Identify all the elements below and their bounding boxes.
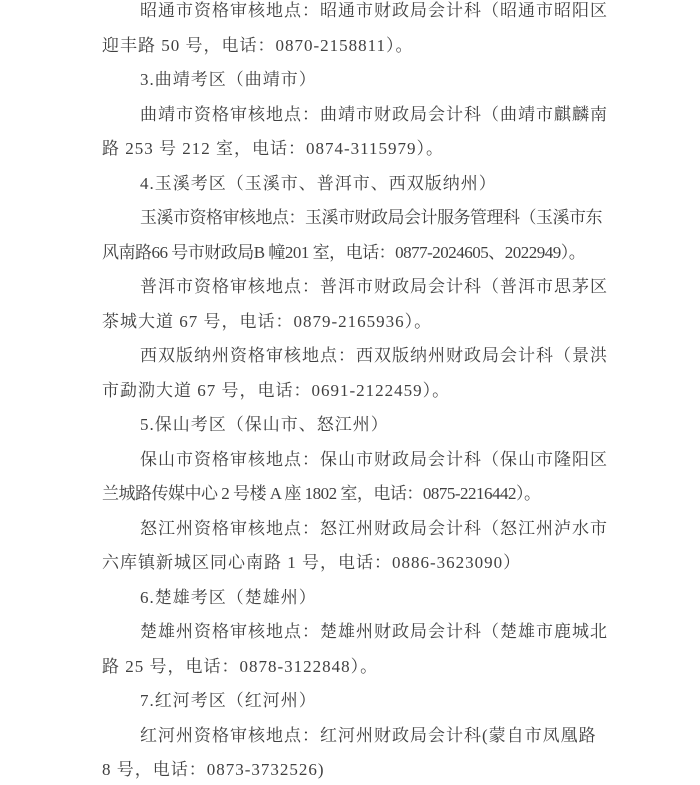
text-line: 曲靖市资格审核地点：曲靖市财政局会计科（曲靖市麒麟南 — [102, 98, 698, 133]
text-block: 昭通市资格审核地点：昭通市财政局会计科（昭通市昭阳区 迎丰路 50 号，电话：0… — [102, 0, 698, 785]
text-line: 玉溪市资格审核地点：玉溪市财政局会计服务管理科（玉溪市东 — [102, 201, 698, 236]
text-line: 昭通市资格审核地点：昭通市财政局会计科（昭通市昭阳区 — [102, 0, 698, 29]
text-line-section-heading: 5.保山考区（保山市、怒江州） — [102, 408, 698, 443]
text-line: 茶城大道 67 号，电话：0879-2165936）。 — [102, 305, 698, 340]
text-line: 兰城路传媒中心 2 号楼 A 座 1802 室，电话：0875-2216442）… — [102, 477, 698, 512]
text-line: 六库镇新城区同心南路 1 号，电话：0886-3623090） — [102, 546, 698, 581]
text-line: 迎丰路 50 号，电话：0870-2158811）。 — [102, 29, 698, 64]
text-line: 西双版纳州资格审核地点：西双版纳州财政局会计科（景洪 — [102, 339, 698, 374]
text-line: 普洱市资格审核地点：普洱市财政局会计科（普洱市思茅区 — [102, 270, 698, 305]
text-line: 市勐泐大道 67 号，电话：0691-2122459）。 — [102, 374, 698, 409]
document-page: 昭通市资格审核地点：昭通市财政局会计科（昭通市昭阳区 迎丰路 50 号，电话：0… — [0, 0, 700, 785]
text-line: 8 号，电话：0873-3732526) — [102, 753, 698, 785]
text-line: 怒江州资格审核地点：怒江州财政局会计科（怒江州泸水市 — [102, 512, 698, 547]
text-line: 保山市资格审核地点：保山市财政局会计科（保山市隆阳区 — [102, 443, 698, 478]
text-line: 路 25 号，电话：0878-3122848）。 — [102, 650, 698, 685]
text-line: 风南路66 号市财政局B 幢201 室，电话：0877-2024605、2022… — [102, 236, 698, 271]
text-line: 楚雄州资格审核地点：楚雄州财政局会计科（楚雄市鹿城北 — [102, 615, 698, 650]
text-line: 红河州资格审核地点：红河州财政局会计科(蒙自市凤凰路 — [102, 719, 698, 754]
text-line-section-heading: 6.楚雄考区（楚雄州） — [102, 581, 698, 616]
text-line-section-heading: 3.曲靖考区（曲靖市） — [102, 63, 698, 98]
text-line-section-heading: 4.玉溪考区（玉溪市、普洱市、西双版纳州） — [102, 167, 698, 202]
text-line: 路 253 号 212 室，电话：0874-3115979）。 — [102, 132, 698, 167]
text-line-section-heading: 7.红河考区（红河州） — [102, 684, 698, 719]
